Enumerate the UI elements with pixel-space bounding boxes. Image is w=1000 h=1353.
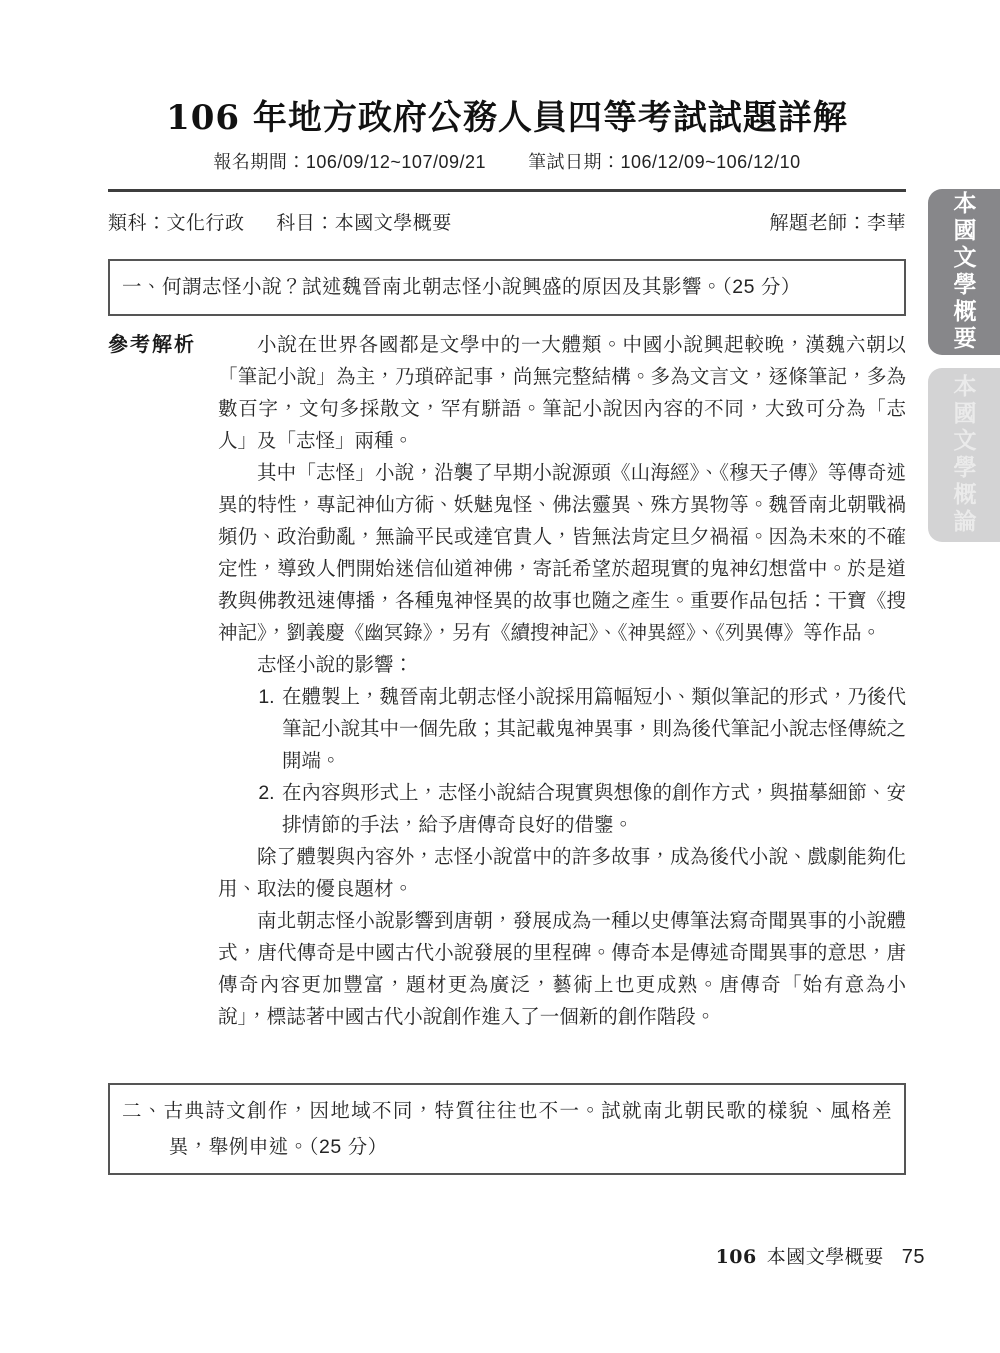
question-2-text: 二、古典詩文創作，因地域不同，特質往往也不一。試就南北朝民歌的樣貌、風格差異，舉… [122, 1093, 892, 1165]
written-exam-date: 筆試日期：106/12/09~106/12/10 [528, 152, 801, 172]
teacher-label: 解題老師：李華 [769, 208, 906, 235]
registration-period: 報名期間：106/09/12~107/09/21 [213, 152, 486, 172]
footer-volume: 106 [716, 1246, 757, 1268]
category-label: 類科：文化行政 [108, 213, 245, 234]
subject-label: 科目：本國文學概要 [276, 213, 452, 234]
answer-paragraph: 南北朝志怪小說影響到唐朝，發展成為一種以史傳筆法寫奇聞異事的小說體式，唐代傳奇是… [218, 905, 906, 1033]
question-1-text: 一、何謂志怪小說？試述魏晉南北朝志怪小說興盛的原因及其影響。（25 分） [122, 274, 892, 301]
answer-numbered-list: 在體製上，魏晉南北朝志怪小說採用篇幅短小、類似筆記的形式，乃後代筆記小說其中一個… [218, 681, 906, 841]
sidebar-tab-benguo-wenxue-gailun: 本國文學概論 [928, 368, 1000, 542]
page-content: 106 年地方政府公務人員四等考試試題詳解 報名期間：106/09/12~107… [108, 0, 906, 1175]
exam-solution-page: { "header": { "title": "106 年地方政府公務人員四等考… [0, 0, 1000, 1353]
page-title: 106 年地方政府公務人員四等考試試題詳解 [108, 98, 906, 139]
header-divider [108, 189, 906, 192]
meta-row: 類科：文化行政 科目：本國文學概要 解題老師：李華 [108, 208, 906, 235]
answer-paragraph: 除了體製與內容外，志怪小說當中的許多故事，成為後代小說、戲劇能夠化用、取法的優良… [218, 841, 906, 905]
category-subject: 類科：文化行政 科目：本國文學概要 [108, 208, 452, 235]
page-footer: 106本國文學概要75 [716, 1242, 925, 1269]
question-box-2: 二、古典詩文創作，因地域不同，特質往往也不一。試就南北朝民歌的樣貌、風格差異，舉… [108, 1083, 906, 1175]
footer-page-number: 75 [902, 1246, 925, 1268]
answer-section: 參考解析 小說在世界各國都是文學中的一大體類。中國小說興起較晚，漢魏六朝以「筆記… [108, 329, 906, 1033]
answer-paragraph: 志怪小說的影響： [218, 649, 906, 681]
answer-paragraph: 其中「志怪」小說，沿襲了早期小說源頭《山海經》、《穆天子傳》等傳奇述異的特性，專… [218, 457, 906, 649]
exam-dates-line: 報名期間：106/09/12~107/09/21筆試日期：106/12/09~1… [108, 148, 906, 174]
question-box-1: 一、何謂志怪小說？試述魏晉南北朝志怪小說興盛的原因及其影響。（25 分） [108, 259, 906, 316]
sidebar-tab-benguo-wenxue-gaiyao: 本國文學概要 [928, 189, 1000, 355]
answer-label: 參考解析 [108, 329, 218, 1033]
answer-list-item: 在體製上，魏晉南北朝志怪小說採用篇幅短小、類似筆記的形式，乃後代筆記小說其中一個… [280, 681, 906, 777]
footer-subject: 本國文學概要 [767, 1247, 884, 1268]
answer-paragraph: 小說在世界各國都是文學中的一大體類。中國小說興起較晚，漢魏六朝以「筆記小說」為主… [218, 329, 906, 457]
answer-list-item: 在內容與形式上，志怪小說結合現實與想像的創作方式，與描摹細節、安排情節的手法，給… [280, 777, 906, 841]
answer-body: 小說在世界各國都是文學中的一大體類。中國小說興起較晚，漢魏六朝以「筆記小說」為主… [218, 329, 906, 1033]
